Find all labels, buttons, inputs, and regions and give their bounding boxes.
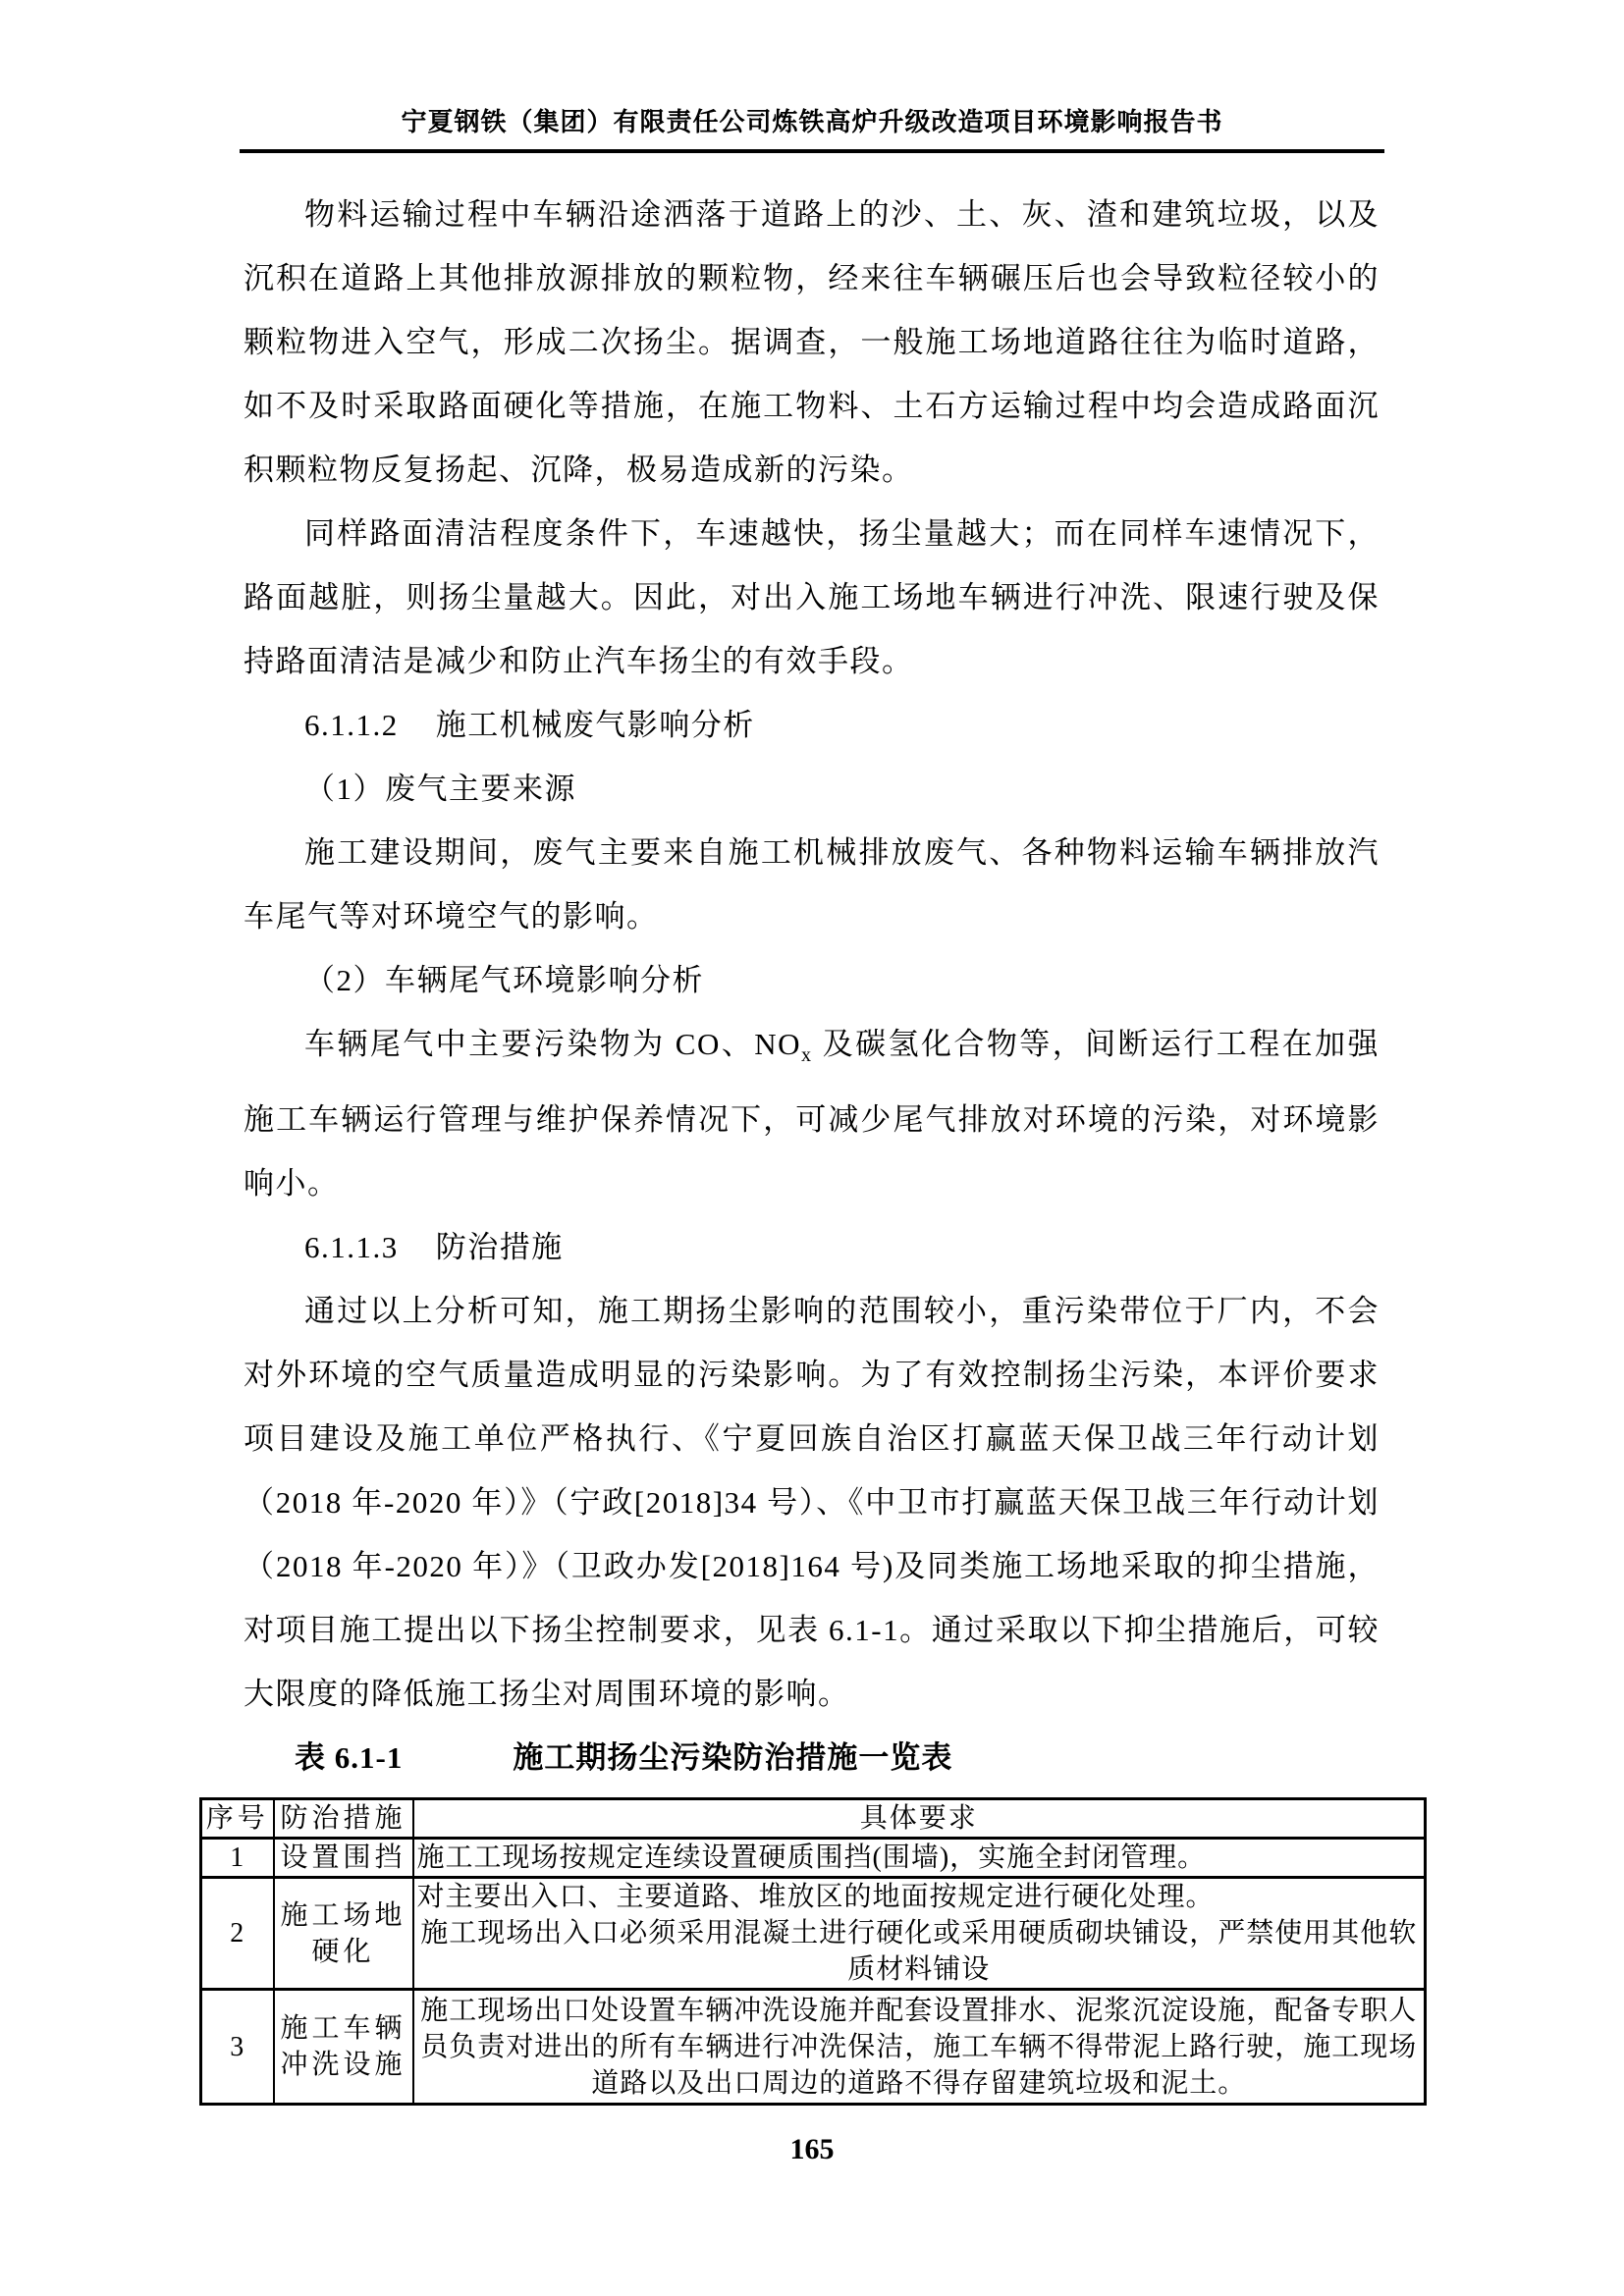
header-divider bbox=[240, 149, 1384, 153]
row-requirement: 施工工现场按规定连续设置硬质围挡(围墙)，实施全封闭管理。 bbox=[413, 1839, 1426, 1878]
row-number: 1 bbox=[201, 1839, 274, 1878]
paragraph-vehicle-exhaust-pre: 车辆尾气中主要污染物为 CO、NO bbox=[304, 1027, 801, 1061]
row-number: 3 bbox=[201, 1990, 274, 2105]
row-requirement: 施工现场出口处设置车辆冲洗设施并配套设置排水、泥浆沉淀设施，配备专职人员负责对进… bbox=[413, 1990, 1426, 2105]
table-row: 1 设置围挡 施工工现场按规定连续设置硬质围挡(围墙)，实施全封闭管理。 bbox=[201, 1839, 1426, 1878]
row-measure: 施工场地硬化 bbox=[274, 1878, 413, 1990]
paragraph-exhaust-sources: 施工建设期间，废气主要来自施工机械排放废气、各种物料运输车辆排放汽车尾气等对环境… bbox=[244, 821, 1380, 948]
measures-table: 序号 防治措施 具体要求 1 设置围挡 施工工现场按规定连续设置硬质围挡(围墙)… bbox=[199, 1797, 1427, 2106]
heading-number: 6.1.1.2 bbox=[304, 708, 399, 742]
heading-number: 6.1.1.3 bbox=[304, 1230, 399, 1264]
table-caption: 表 6.1-1施工期扬尘污染防治措施一览表 bbox=[295, 1726, 1624, 1789]
column-header-no: 序号 bbox=[201, 1799, 274, 1839]
list-item-2-label: （2）车辆尾气环境影响分析 bbox=[244, 948, 1380, 1012]
list-item-1-label: （1）废气主要来源 bbox=[244, 757, 1380, 821]
heading-title: 施工机械废气影响分析 bbox=[436, 708, 755, 742]
requirement-line: 施工工现场按规定连续设置硬质围挡(围墙)，实施全封闭管理。 bbox=[417, 1840, 1422, 1876]
table-caption-title: 施工期扬尘污染防治措施一览表 bbox=[513, 1740, 952, 1775]
requirement-line: 施工现场出口处设置车辆冲洗设施并配套设置排水、泥浆沉淀设施，配备专职人员负责对进… bbox=[417, 1993, 1422, 2102]
table-caption-label: 表 6.1-1 bbox=[295, 1740, 403, 1775]
row-requirement: 对主要出入口、主要道路、堆放区的地面按规定进行硬化处理。 施工现场出入口必须采用… bbox=[413, 1878, 1426, 1990]
paragraph-prevention-measures: 通过以上分析可知，施工期扬尘影响的范围较小，重污染带位于厂内，不会对外环境的空气… bbox=[244, 1279, 1380, 1726]
row-measure: 设置围挡 bbox=[274, 1839, 413, 1878]
table-header-row: 序号 防治措施 具体要求 bbox=[201, 1799, 1426, 1839]
nox-subscript: x bbox=[801, 1044, 813, 1066]
row-number: 2 bbox=[201, 1878, 274, 1990]
requirement-line: 施工现场出入口必须采用混凝土进行硬化或采用硬质砌块铺设，严禁使用其他软质材料铺设 bbox=[417, 1915, 1422, 1988]
table-row: 3 施工车辆冲洗设施 施工现场出口处设置车辆冲洗设施并配套设置排水、泥浆沉淀设施… bbox=[201, 1990, 1426, 2105]
document-header-title: 宁夏钢铁（集团）有限责任公司炼铁高炉升级改造项目环境影响报告书 bbox=[0, 108, 1624, 137]
document-body: 物料运输过程中车辆沿途洒落于道路上的沙、土、灰、渣和建筑垃圾，以及沉积在道路上其… bbox=[244, 183, 1380, 1726]
column-header-requirement: 具体要求 bbox=[413, 1799, 1426, 1839]
heading-title: 防治措施 bbox=[436, 1230, 564, 1264]
heading-6-1-1-3: 6.1.1.3防治措施 bbox=[244, 1215, 1380, 1279]
heading-6-1-1-2: 6.1.1.2施工机械废气影响分析 bbox=[244, 693, 1380, 757]
page-number: 165 bbox=[0, 2133, 1624, 2166]
table-row: 2 施工场地硬化 对主要出入口、主要道路、堆放区的地面按规定进行硬化处理。 施工… bbox=[201, 1878, 1426, 1990]
document-page: 宁夏钢铁（集团）有限责任公司炼铁高炉升级改造项目环境影响报告书 物料运输过程中车… bbox=[0, 0, 1624, 2296]
document-header: 宁夏钢铁（集团）有限责任公司炼铁高炉升级改造项目环境影响报告书 bbox=[0, 108, 1624, 153]
requirement-line: 对主要出入口、主要道路、堆放区的地面按规定进行硬化处理。 bbox=[417, 1879, 1422, 1915]
paragraph-road-cleanliness: 同样路面清洁程度条件下，车速越快，扬尘量越大；而在同样车速情况下，路面越脏，则扬… bbox=[244, 502, 1380, 693]
paragraph-dust-sources: 物料运输过程中车辆沿途洒落于道路上的沙、土、灰、渣和建筑垃圾，以及沉积在道路上其… bbox=[244, 183, 1380, 502]
column-header-measure: 防治措施 bbox=[274, 1799, 413, 1839]
paragraph-vehicle-exhaust: 车辆尾气中主要污染物为 CO、NOx 及碳氢化合物等，间断运行工程在加强施工车辆… bbox=[244, 1012, 1380, 1215]
row-measure: 施工车辆冲洗设施 bbox=[274, 1990, 413, 2105]
